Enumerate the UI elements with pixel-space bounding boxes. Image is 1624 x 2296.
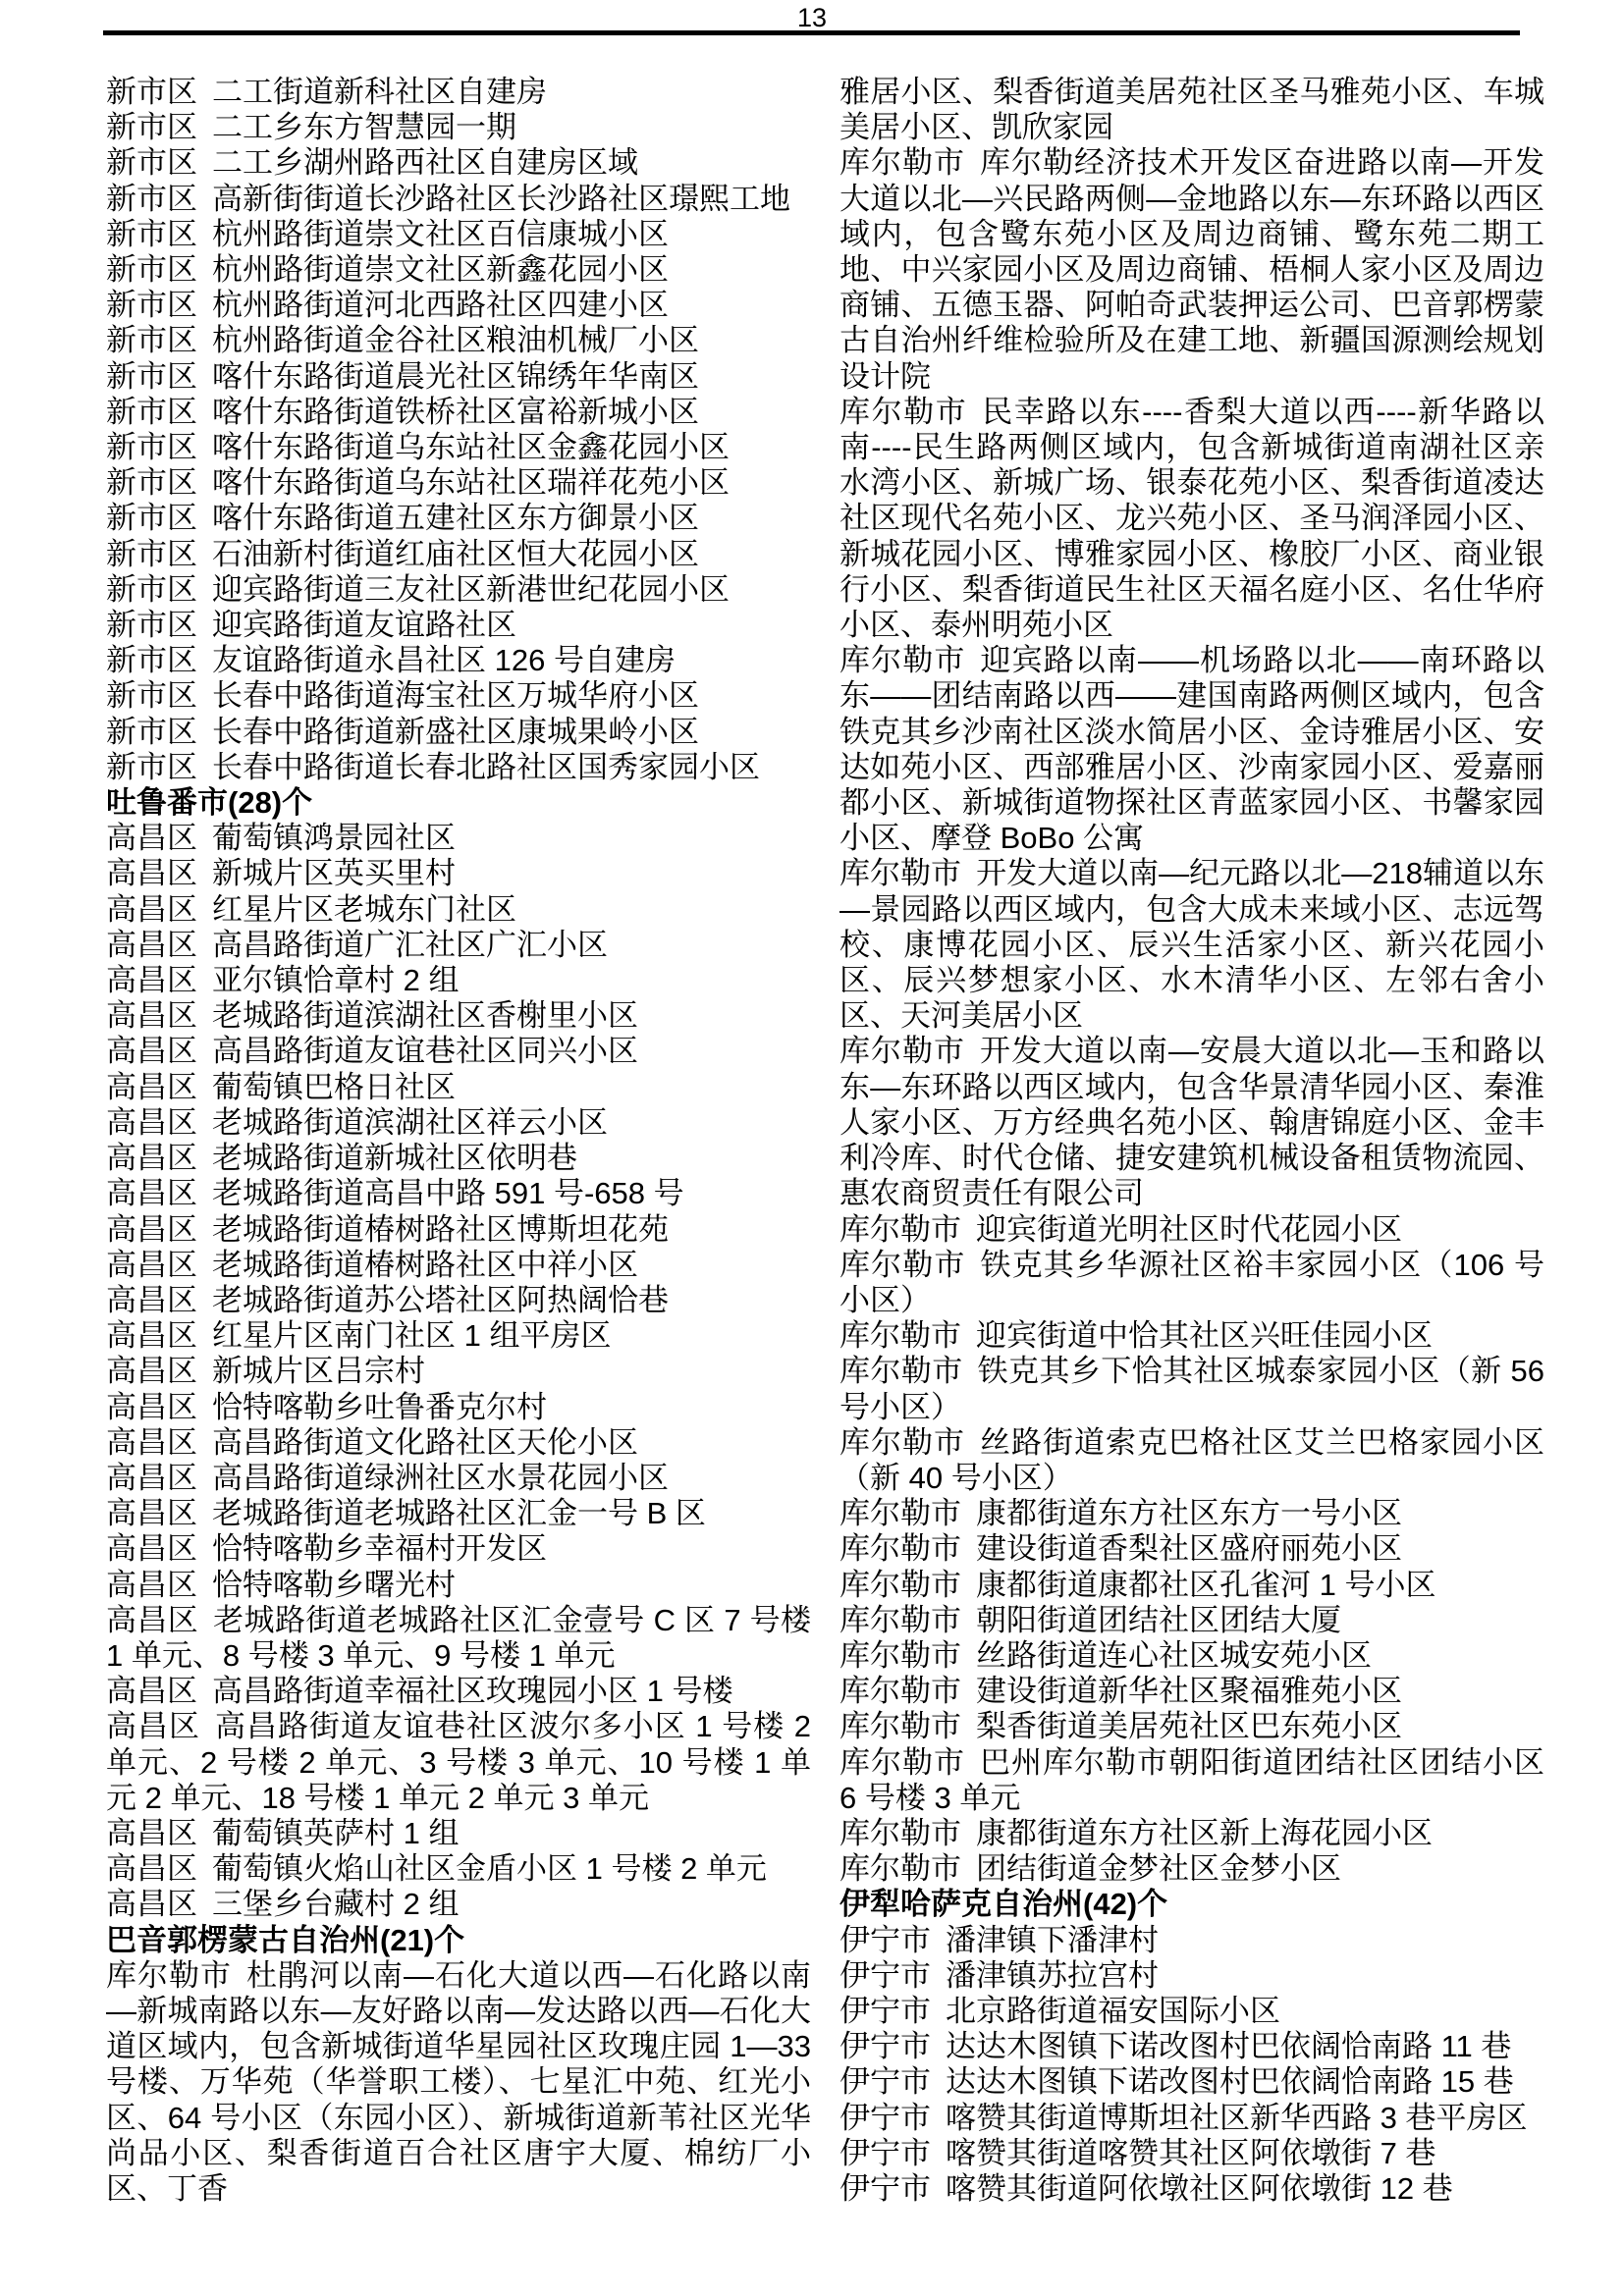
district-label: 库尔勒市 [839,1674,961,1708]
district-label: 新市区 [106,359,197,394]
list-item: 新市区长春中路街道海宝社区万城华府小区 [106,678,811,714]
district-label: 高昌区 [106,1531,197,1566]
area-text: 高昌路街道友谊巷社区波尔多小区 1 号楼 2 单元、2 号楼 2 单元、3 号楼… [106,1709,811,1814]
area-text: 高昌路街道幸福社区玫瑰园小区 1 号楼 [212,1674,732,1708]
district-label: 新市区 [106,288,197,322]
district-label: 库尔勒市 [839,1248,966,1282]
area-text: 长春中路街道海宝社区万城华府小区 [212,678,699,713]
area-text: 石油新村街道红庙社区恒大花园小区 [212,537,699,571]
district-label: 高昌区 [106,1816,197,1850]
area-text: 三堡乡台藏村 2 组 [212,1887,459,1921]
district-label: 高昌区 [106,1674,197,1708]
district-label: 库尔勒市 [839,1318,961,1353]
district-label: 高昌区 [106,1603,198,1637]
list-item: 库尔勒市巴州库尔勒市朝阳街道团结社区团结小区 6 号楼 3 单元 [839,1745,1544,1816]
district-label: 高昌区 [106,1105,197,1140]
area-text: 杜鹃河以南—石化大道以西—石化路以南—新城南路以东—友好路以南—发达路以西—石化… [106,1958,811,2206]
area-text: 亚尔镇恰章村 2 组 [212,963,459,997]
area-text: 新城片区英买里村 [212,856,456,890]
district-label: 新市区 [106,643,197,677]
district-label: 库尔勒市 [839,1638,961,1673]
district-label: 伊宁市 [839,2171,931,2206]
district-label: 高昌区 [106,1851,197,1886]
area-text: 喀什东路街道铁桥社区富裕新城小区 [212,395,699,429]
list-item: 新市区喀什东路街道晨光社区锦绣年华南区 [106,359,811,395]
area-text: 丝路街道连心社区城安苑小区 [976,1638,1372,1673]
section-header: 伊犁哈萨克自治州(42)个 [839,1887,1544,1922]
area-text: 朝阳街道团结社区团结大厦 [976,1603,1341,1637]
district-label: 库尔勒市 [839,1496,961,1530]
district-label: 库尔勒市 [839,1709,961,1743]
list-item: 高昌区高昌路街道友谊巷社区波尔多小区 1 号楼 2 单元、2 号楼 2 单元、3… [106,1709,811,1816]
district-label: 新市区 [106,395,197,429]
right-column: 雅居小区、梨香街道美居苑社区圣马雅苑小区、车城美居小区、凯欣家园库尔勒市库尔勒经… [839,75,1544,2207]
area-text: 达达木图镇下诺改图村巴依阔恰南路 15 巷 [946,2064,1514,2099]
area-text: 潘津镇苏拉宫村 [946,1958,1159,1993]
area-text: 喀赞其街道喀赞其社区阿依墩街 7 巷 [946,2136,1435,2170]
list-item: 新市区杭州路街道河北西路社区四建小区 [106,288,811,323]
list-item: 库尔勒市建设街道新华社区聚福雅苑小区 [839,1674,1544,1709]
area-text: 二工乡湖州路西社区自建房区域 [212,145,638,180]
area-text: 杭州路街道崇文社区新鑫花园小区 [212,252,669,287]
list-item: 高昌区恰特喀勒乡吐鲁番克尔村 [106,1390,811,1425]
district-label: 新市区 [106,608,197,642]
list-item: 高昌区高昌路街道文化路社区天伦小区 [106,1425,811,1461]
list-item: 高昌区老城路街道苏公塔社区阿热阔恰巷 [106,1283,811,1318]
list-item: 库尔勒市丝路街道连心社区城安苑小区 [839,1638,1544,1674]
list-item: 高昌区三堡乡台藏村 2 组 [106,1887,811,1922]
area-text: 喀什东路街道乌东站社区金鑫花园小区 [212,430,730,464]
area-text: 北京路街道福安国际小区 [946,1994,1280,2028]
area-text: 高昌路街道友谊巷社区同兴小区 [212,1034,638,1068]
header-rule [103,30,1520,35]
district-label: 新市区 [106,678,197,713]
list-item: 伊宁市喀赞其街道博斯坦社区新华西路 3 巷平房区 [839,2101,1544,2136]
area-text: 民幸路以东----香梨大道以西----新华路以南----民生路两侧区域内，包含新… [839,395,1544,642]
district-label: 伊宁市 [839,2029,931,2063]
list-item: 高昌区老城路街道椿树路社区中祥小区 [106,1248,811,1283]
list-item: 库尔勒市康都街道东方社区东方一号小区 [839,1496,1544,1531]
district-label: 高昌区 [106,1709,200,1743]
district-label: 库尔勒市 [839,1425,965,1460]
list-item: 高昌区葡萄镇巴格日社区 [106,1070,811,1105]
area-text: 迎宾路街道三友社区新港世纪花园小区 [212,572,730,607]
list-item: 伊宁市北京路街道福安国际小区 [839,1994,1544,2029]
list-item: 新市区迎宾路街道三友社区新港世纪花园小区 [106,572,811,608]
list-item: 新市区喀什东路街道乌东站社区金鑫花园小区 [106,430,811,465]
district-label: 库尔勒市 [839,1603,961,1637]
area-text: 长春中路街道长春北路社区国秀家园小区 [212,750,760,784]
list-item: 高昌区老城路街道滨湖社区祥云小区 [106,1105,811,1141]
district-label: 伊宁市 [839,2136,931,2170]
area-text: 高新街街道长沙路社区长沙路社区璟熙工地 [212,182,790,216]
area-text: 高昌路街道文化路社区天伦小区 [212,1425,638,1460]
area-text: 老城路街道滨湖社区香榭里小区 [212,998,638,1033]
list-item: 新市区长春中路街道长春北路社区国秀家园小区 [106,750,811,785]
list-item: 高昌区葡萄镇鸿景园社区 [106,821,811,856]
list-item: 新市区长春中路街道新盛社区康城果岭小区 [106,715,811,750]
list-item: 高昌区高昌路街道友谊巷社区同兴小区 [106,1034,811,1069]
district-label: 库尔勒市 [106,1958,232,1993]
district-label: 高昌区 [106,1496,197,1530]
district-label: 高昌区 [106,963,197,997]
left-column: 新市区二工街道新科社区自建房新市区二工乡东方智慧园一期新市区二工乡湖州路西社区自… [106,75,811,2207]
district-label: 高昌区 [106,892,197,927]
list-item: 高昌区亚尔镇恰章村 2 组 [106,963,811,998]
list-item: 库尔勒市迎宾街道中恰其社区兴旺佳园小区 [839,1318,1544,1354]
district-label: 高昌区 [106,1141,197,1175]
section-header: 巴音郭楞蒙古自治州(21)个 [106,1923,811,1958]
district-label: 高昌区 [106,1070,197,1104]
district-label: 高昌区 [106,1461,197,1495]
area-text: 恰特喀勒乡幸福村开发区 [212,1531,547,1566]
list-item: 库尔勒市民幸路以东----香梨大道以西----新华路以南----民生路两侧区域内… [839,395,1544,643]
area-text: 友谊路街道永昌社区 126 号自建房 [212,643,676,677]
area-text: 梨香街道美居苑社区巴东苑小区 [976,1709,1402,1743]
area-text: 喀赞其街道博斯坦社区新华西路 3 巷平房区 [946,2101,1527,2135]
list-item: 新市区二工乡湖州路西社区自建房区域 [106,145,811,181]
district-label: 高昌区 [106,1176,197,1210]
list-item: 新市区喀什东路街道五建社区东方御景小区 [106,501,811,536]
area-text: 喀赞其街道阿依墩社区阿依墩街 12 巷 [946,2171,1453,2206]
area-text: 红星片区南门社区 1 组平房区 [212,1318,611,1353]
district-label: 伊宁市 [839,1923,931,1957]
content-columns: 新市区二工街道新科社区自建房新市区二工乡东方智慧园一期新市区二工乡湖州路西社区自… [106,75,1544,2207]
district-label: 新市区 [106,501,197,535]
district-label: 库尔勒市 [839,643,965,677]
district-label: 高昌区 [106,1318,197,1353]
list-item: 库尔勒市康都街道康都社区孔雀河 1 号小区 [839,1568,1544,1603]
list-item: 库尔勒市开发大道以南—安晨大道以北—玉和路以东—东环路以西区域内，包含华景清华园… [839,1034,1544,1211]
district-label: 高昌区 [106,1212,197,1247]
district-label: 高昌区 [106,1425,197,1460]
list-item: 高昌区新城片区吕宗村 [106,1354,811,1389]
area-text: 达达木图镇下诺改图村巴依阔恰南路 11 巷 [946,2029,1511,2063]
district-label: 伊宁市 [839,1958,931,1993]
district-label: 库尔勒市 [839,1531,961,1566]
list-item: 伊宁市达达木图镇下诺改图村巴依阔恰南路 11 巷 [839,2029,1544,2064]
district-label: 库尔勒市 [839,1568,961,1602]
list-item: 新市区高新街街道长沙路社区长沙路社区璟熙工地 [106,182,811,217]
list-item: 库尔勒市库尔勒经济技术开发区奋进路以南—开发大道以北—兴民路两侧—金地路以东—东… [839,145,1544,394]
list-item: 高昌区恰特喀勒乡曙光村 [106,1568,811,1603]
area-text: 喀什东路街道五建社区东方御景小区 [212,501,699,535]
area-text: 老城路街道椿树路社区中祥小区 [212,1248,638,1282]
district-label: 高昌区 [106,1283,197,1317]
list-item: 库尔勒市康都街道东方社区新上海花园小区 [839,1816,1544,1851]
area-text: 康都街道东方社区新上海花园小区 [976,1816,1433,1850]
area-text: 团结街道金梦社区金梦小区 [976,1851,1341,1886]
area-text: 二工街道新科社区自建房 [212,75,547,109]
area-text: 建设街道香梨社区盛府丽苑小区 [976,1531,1402,1566]
district-label: 库尔勒市 [839,1212,961,1247]
district-label: 伊宁市 [839,1994,931,2028]
list-item: 高昌区红星片区老城东门社区 [106,892,811,928]
district-label: 高昌区 [106,821,197,855]
list-item: 高昌区葡萄镇英萨村 1 组 [106,1816,811,1851]
area-text: 葡萄镇巴格日社区 [212,1070,456,1104]
district-label: 高昌区 [106,1354,197,1388]
area-text: 二工乡东方智慧园一期 [212,110,516,144]
district-label: 高昌区 [106,856,197,890]
list-item: 新市区喀什东路街道铁桥社区富裕新城小区 [106,395,811,430]
area-text: 老城路街道新城社区依明巷 [212,1141,577,1175]
list-item: 高昌区恰特喀勒乡幸福村开发区 [106,1531,811,1567]
list-item: 新市区杭州路街道崇文社区新鑫花园小区 [106,252,811,288]
list-item: 库尔勒市迎宾路以南——机场路以北——南环路以东——团结南路以西——建国南路两侧区… [839,643,1544,856]
district-label: 高昌区 [106,1034,197,1068]
district-label: 新市区 [106,217,197,251]
district-label: 高昌区 [106,998,197,1033]
list-item: 高昌区红星片区南门社区 1 组平房区 [106,1318,811,1354]
list-item: 伊宁市达达木图镇下诺改图村巴依阔恰南路 15 巷 [839,2064,1544,2100]
district-label: 新市区 [106,750,197,784]
list-item: 高昌区老城路街道老城路社区汇金壹号 C 区 7 号楼 1 单元、8 号楼 3 单… [106,1603,811,1674]
list-item: 库尔勒市铁克其乡华源社区裕丰家园小区（106 号小区） [839,1248,1544,1318]
area-text: 长春中路街道新盛社区康城果岭小区 [212,715,699,749]
area-text: 库尔勒经济技术开发区奋进路以南—开发大道以北—兴民路两侧—金地路以东—东环路以西… [839,145,1544,393]
list-item: 新市区石油新村街道红庙社区恒大花园小区 [106,537,811,572]
list-item: 高昌区老城路街道老城路社区汇金一号 B 区 [106,1496,811,1531]
list-item: 高昌区葡萄镇火焰山社区金盾小区 1 号楼 2 单元 [106,1851,811,1887]
area-text: 喀什东路街道晨光社区锦绣年华南区 [212,359,699,394]
area-text: 新城片区吕宗村 [212,1354,425,1388]
district-label: 库尔勒市 [839,145,965,180]
area-text: 老城路街道苏公塔社区阿热阔恰巷 [212,1283,669,1317]
continuation-text: 雅居小区、梨香街道美居苑社区圣马雅苑小区、车城美居小区、凯欣家园 [839,75,1544,145]
list-item: 新市区友谊路街道永昌社区 126 号自建房 [106,643,811,678]
district-label: 新市区 [106,465,197,500]
area-text: 喀什东路街道乌东站社区瑞祥花苑小区 [212,465,730,500]
area-text: 老城路街道滨湖社区祥云小区 [212,1105,608,1140]
district-label: 高昌区 [106,928,197,962]
page-number: 13 [0,3,1624,32]
list-item: 高昌区老城路街道滨湖社区香榭里小区 [106,998,811,1034]
list-item: 库尔勒市团结街道金梦社区金梦小区 [839,1851,1544,1887]
district-label: 高昌区 [106,1248,197,1282]
list-item: 新市区二工乡东方智慧园一期 [106,110,811,145]
area-text: 老城路街道椿树路社区博斯坦花苑 [212,1212,669,1247]
district-label: 库尔勒市 [839,1745,965,1780]
list-item: 高昌区高昌路街道广汇社区广汇小区 [106,928,811,963]
list-item: 库尔勒市铁克其乡下恰其社区城泰家园小区（新 56 号小区） [839,1354,1544,1424]
area-text: 老城路街道老城路社区汇金壹号 C 区 7 号楼 1 单元、8 号楼 3 单元、9… [106,1603,811,1673]
list-item: 高昌区老城路街道高昌中路 591 号-658 号 [106,1176,811,1211]
district-label: 新市区 [106,75,197,109]
area-text: 老城路街道老城路社区汇金一号 B 区 [212,1496,706,1530]
district-label: 高昌区 [106,1390,197,1424]
district-label: 新市区 [106,252,197,287]
area-text: 高昌路街道绿洲社区水景花园小区 [212,1461,669,1495]
district-label: 新市区 [106,110,197,144]
district-label: 库尔勒市 [839,1851,961,1886]
section-header: 吐鲁番市(28)个 [106,785,811,821]
list-item: 高昌区高昌路街道幸福社区玫瑰园小区 1 号楼 [106,1674,811,1709]
list-item: 库尔勒市丝路街道索克巴格社区艾兰巴格家园小区 （新 40 号小区） [839,1425,1544,1496]
district-label: 新市区 [106,715,197,749]
area-text: 杭州路街道崇文社区百信康城小区 [212,217,669,251]
district-label: 新市区 [106,182,197,216]
district-label: 新市区 [106,145,197,180]
district-label: 伊宁市 [839,2101,931,2135]
area-text: 建设街道新华社区聚福雅苑小区 [976,1674,1402,1708]
area-text: 老城路街道高昌中路 591 号-658 号 [212,1176,684,1210]
list-item: 高昌区新城片区英买里村 [106,856,811,891]
list-item: 高昌区老城路街道新城社区依明巷 [106,1141,811,1176]
list-item: 新市区喀什东路街道乌东站社区瑞祥花苑小区 [106,465,811,501]
list-item: 库尔勒市建设街道香梨社区盛府丽苑小区 [839,1531,1544,1567]
district-label: 伊宁市 [839,2064,931,2099]
district-label: 库尔勒市 [839,1354,963,1388]
list-item: 伊宁市潘津镇下潘津村 [839,1923,1544,1958]
area-text: 杭州路街道河北西路社区四建小区 [212,288,669,322]
list-item: 伊宁市潘津镇苏拉宫村 [839,1958,1544,1994]
district-label: 库尔勒市 [839,1816,961,1850]
district-label: 库尔勒市 [839,856,961,890]
district-label: 新市区 [106,430,197,464]
list-item: 高昌区老城路街道椿树路社区博斯坦花苑 [106,1212,811,1248]
list-item: 新市区迎宾路街道友谊路社区 [106,608,811,643]
area-text: 葡萄镇英萨村 1 组 [212,1816,459,1850]
area-text: 葡萄镇火焰山社区金盾小区 1 号楼 2 单元 [212,1851,767,1886]
district-label: 高昌区 [106,1887,197,1921]
area-text: 康都街道东方社区东方一号小区 [976,1496,1402,1530]
district-label: 新市区 [106,323,197,357]
area-text: 潘津镇下潘津村 [946,1923,1159,1957]
list-item: 伊宁市喀赞其街道喀赞其社区阿依墩街 7 巷 [839,2136,1544,2171]
list-item: 库尔勒市杜鹃河以南—石化大道以西—石化路以南—新城南路以东—友好路以南—发达路以… [106,1958,811,2207]
list-item: 新市区二工街道新科社区自建房 [106,75,811,110]
list-item: 库尔勒市迎宾街道光明社区时代花园小区 [839,1212,1544,1248]
area-text: 杭州路街道金谷社区粮油机械厂小区 [212,323,699,357]
area-text: 迎宾路街道友谊路社区 [212,608,516,642]
district-label: 库尔勒市 [839,1034,965,1068]
area-text: 红星片区老城东门社区 [212,892,516,927]
area-text: 康都街道康都社区孔雀河 1 号小区 [976,1568,1435,1602]
list-item: 库尔勒市朝阳街道团结社区团结大厦 [839,1603,1544,1638]
area-text: 迎宾街道中恰其社区兴旺佳园小区 [976,1318,1433,1353]
district-label: 新市区 [106,572,197,607]
list-item: 库尔勒市开发大道以南—纪元路以北—218辅道以东—景园路以西区域内，包含大成未来… [839,856,1544,1034]
area-text: 迎宾街道光明社区时代花园小区 [976,1212,1402,1247]
list-item: 伊宁市喀赞其街道阿依墩社区阿依墩街 12 巷 [839,2171,1544,2207]
district-label: 新市区 [106,537,197,571]
area-text: 葡萄镇鸿景园社区 [212,821,456,855]
area-text: 高昌路街道广汇社区广汇小区 [212,928,608,962]
area-text: 恰特喀勒乡曙光村 [212,1568,456,1602]
list-item: 新市区杭州路街道崇文社区百信康城小区 [106,217,811,252]
district-label: 库尔勒市 [839,395,967,429]
list-item: 库尔勒市梨香街道美居苑社区巴东苑小区 [839,1709,1544,1744]
area-text: 恰特喀勒乡吐鲁番克尔村 [212,1390,547,1424]
district-label: 高昌区 [106,1568,197,1602]
list-item: 新市区杭州路街道金谷社区粮油机械厂小区 [106,323,811,358]
list-item: 高昌区高昌路街道绿洲社区水景花园小区 [106,1461,811,1496]
